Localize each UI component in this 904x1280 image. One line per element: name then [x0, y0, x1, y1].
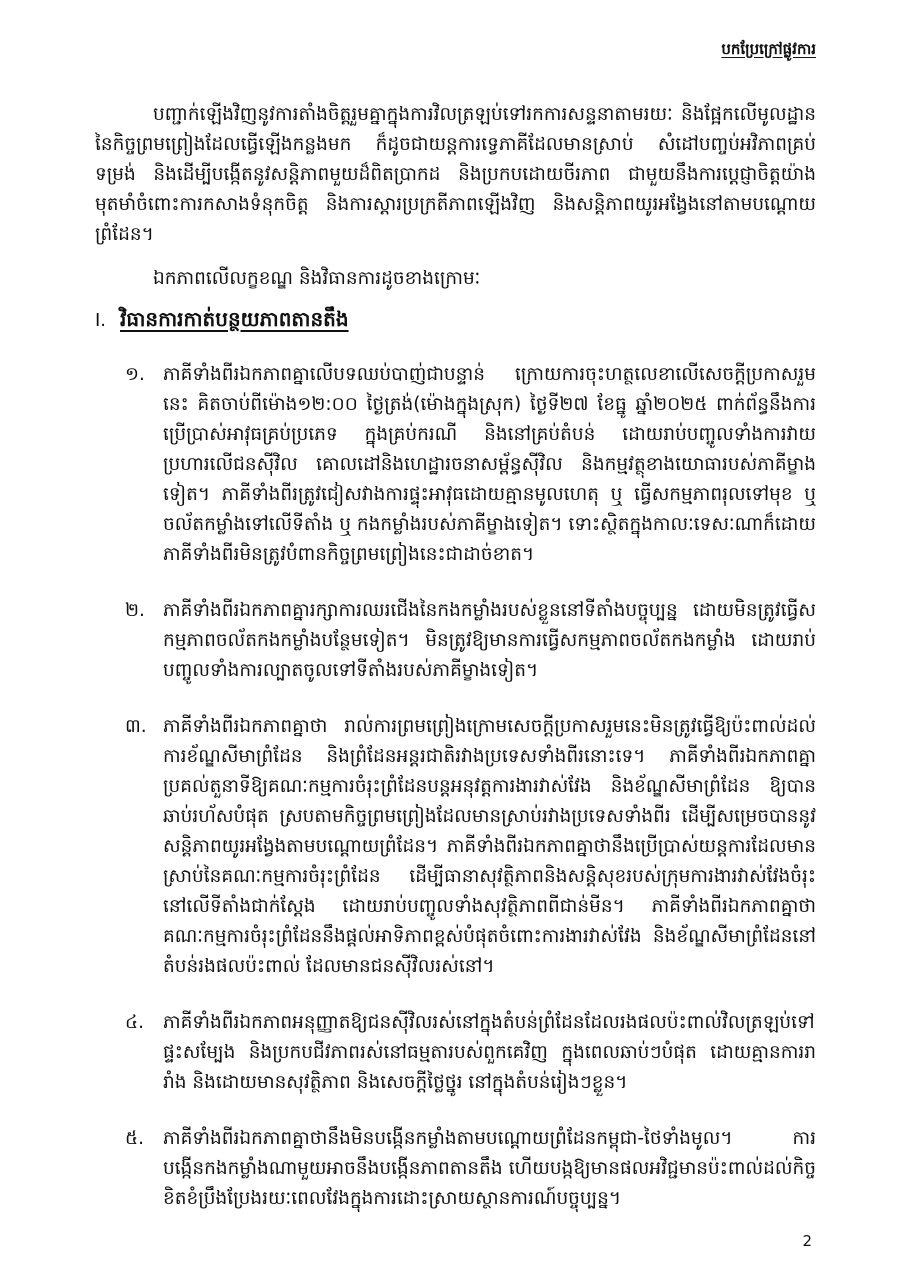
- item-text: ភាគីទាំងពីរឯកភាពគ្នាថា រាល់ការព្រមព្រៀងក…: [163, 712, 816, 982]
- list-item: ២. ភាគីទាំងពីរឯកភាពគ្នារក្សាការឈរជើងនៃកង…: [125, 596, 816, 686]
- document-page: បកប្រែក្រៅផ្លូវការ បញ្ជាក់ឡើងវិញនូវការតា…: [0, 0, 904, 1280]
- item-text: ភាគីទាំងពីរឯកភាពគ្នាថានឹងមិនបង្កើនកម្លាំ…: [163, 1124, 816, 1214]
- document-header: បកប្រែក្រៅផ្លូវការ: [95, 40, 816, 62]
- item-number: ៥.: [125, 1124, 163, 1214]
- section-heading: I. វិធានការកាត់បន្ថយភាពតានតឹង: [95, 306, 816, 336]
- item-number: ២.: [125, 596, 163, 686]
- item-text: ភាគីទាំងពីរឯកភាពគ្នារក្សាការឈរជើងនៃកងកម្…: [163, 596, 816, 686]
- item-text: ភាគីទាំងពីរឯកភាពអនុញ្ញាតឱ្យជនស៊ីវិលរស់នៅ…: [163, 1008, 816, 1098]
- item-number: ៣.: [125, 712, 163, 982]
- intro-paragraph: បញ្ជាក់ឡើងវិញនូវការតាំងចិត្តរួមគ្នាក្នុង…: [95, 100, 816, 250]
- section-numeral: I.: [95, 310, 106, 331]
- page-content: បកប្រែក្រៅផ្លូវការ បញ្ជាក់ឡើងវិញនូវការតា…: [95, 40, 816, 1240]
- item-number: ១.: [125, 360, 163, 570]
- unofficial-translation-label: បកប្រែក្រៅផ្លូវការ: [721, 40, 816, 58]
- item-text: ភាគីទាំងពីរឯកភាពគ្នាលើបទឈប់បាញ់ជាបន្ទាន់…: [163, 360, 816, 570]
- agreement-lead-line: ឯកភាពលើលក្ខខណ្ឌ និងវិធានការដូចខាងក្រោមៈ: [95, 264, 816, 294]
- list-item: ៣. ភាគីទាំងពីរឯកភាពគ្នាថា រាល់ការព្រមព្រ…: [125, 712, 816, 982]
- section-title: វិធានការកាត់បន្ថយភាពតានតឹង: [120, 306, 349, 336]
- list-item: ៤. ភាគីទាំងពីរឯកភាពអនុញ្ញាតឱ្យជនស៊ីវិលរស…: [125, 1008, 816, 1098]
- numbered-list: ១. ភាគីទាំងពីរឯកភាពគ្នាលើបទឈប់បាញ់ជាបន្ទ…: [125, 360, 816, 1214]
- page-number: 2: [802, 1232, 812, 1250]
- list-item: ៥. ភាគីទាំងពីរឯកភាពគ្នាថានឹងមិនបង្កើនកម្…: [125, 1124, 816, 1214]
- list-item: ១. ភាគីទាំងពីរឯកភាពគ្នាលើបទឈប់បាញ់ជាបន្ទ…: [125, 360, 816, 570]
- item-number: ៤.: [125, 1008, 163, 1098]
